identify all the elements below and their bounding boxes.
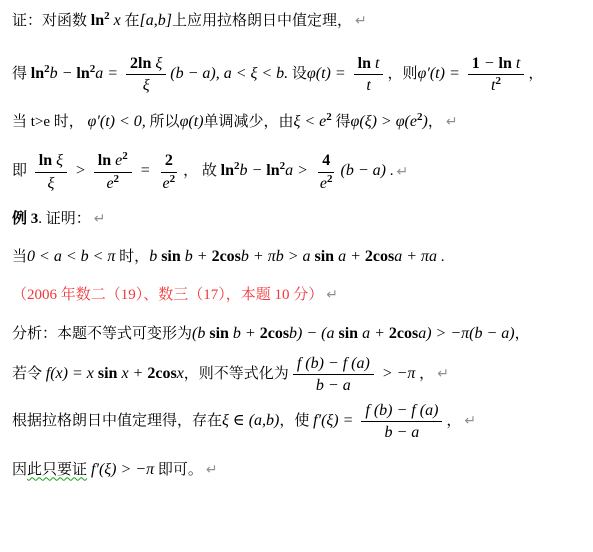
text-run: 时， (115, 249, 149, 265)
math-run: t (512, 55, 520, 72)
paragraph-mark-icon: ↵ (206, 462, 218, 478)
proof-step-2: 得 ln2b − ln2a = 2ln ξξ(b − a), a < ξ < b… (12, 54, 585, 95)
math-run: b − (239, 163, 266, 180)
paragraph-mark-icon: ↵ (464, 413, 476, 429)
math-function-run: ln (91, 12, 104, 29)
fraction-numerator: f (b) − f (a) (293, 354, 374, 375)
math-run: t (371, 55, 379, 72)
text-run: ， (415, 366, 434, 382)
text-run: ，则 (387, 66, 417, 82)
math-function-run: 4 (322, 152, 330, 169)
paragraph-mark-icon: ↵ (355, 13, 367, 29)
fraction-numerator: 2 (161, 151, 177, 172)
math-run: (b (192, 325, 205, 342)
paragraph-mark-icon: ↵ (396, 164, 408, 180)
fraction-denominator: ξ (43, 173, 58, 193)
exam-source-note: （2006 年数二（19）、数三（17），本题 10 分）↵ (12, 284, 585, 307)
math-function-run: 2ln (130, 55, 151, 72)
text-run: 若令 (12, 366, 46, 382)
math-function-run: ln (499, 55, 512, 72)
bold-text-run: 例 3 (12, 211, 38, 227)
example-3-heading: 例 3. 证明：↵ (12, 208, 585, 231)
math-run: > −π (378, 365, 416, 382)
text-run: 得 (332, 114, 351, 130)
text-run: 即 (12, 164, 31, 180)
math-run: b (149, 248, 157, 265)
analysis-step-1: 分析：本题不等式可变形为(b sin b + 2cosb) − (a sin a… (12, 322, 585, 346)
math-superscript: 2 (327, 173, 333, 185)
fraction-denominator: e2 (316, 173, 337, 193)
paragraph-mark-icon: ↵ (446, 114, 458, 130)
text-run: ， (528, 66, 543, 82)
math-run: (b − a), a < ξ < b. (170, 65, 288, 82)
fraction-numerator: 2ln ξ (126, 54, 166, 75)
math-run: b − (50, 65, 77, 82)
math-run: e (320, 175, 327, 192)
math-fraction: f (b) − f (a)b − a (293, 354, 374, 395)
math-function-run: sin (335, 325, 359, 342)
fraction-numerator: ln ξ (35, 151, 67, 172)
math-function-run: sin (94, 365, 118, 382)
math-superscript: 2 (114, 173, 120, 185)
proof-step-3: 当 t>e 时， φ′(t) < 0, 所以φ(t)单调减少，由ξ < e2 得… (12, 110, 585, 134)
math-run: b + (181, 248, 212, 265)
math-run: e (106, 175, 113, 192)
fraction-numerator: ln t (354, 54, 384, 75)
analysis-step-4: 因此只要证 f′(ξ) > −π 即可。↵ (12, 458, 585, 482)
math-run: φ(ξ) > φ(e (351, 113, 417, 130)
math-function-run: 2cos (260, 325, 289, 342)
fraction-denominator: ξ (139, 75, 154, 95)
math-run: f (b) − f (a) (297, 355, 370, 372)
text-run: . (386, 164, 394, 180)
math-superscript: 2 (496, 75, 502, 87)
fraction-denominator: e2 (102, 173, 123, 193)
math-run: > (71, 163, 90, 180)
math-run: e (111, 152, 122, 169)
math-run: b − a (384, 424, 419, 441)
math-function-run: sin (157, 248, 181, 265)
math-run: b + πb > a (241, 248, 311, 265)
text-run: ，则不等式化为 (184, 366, 289, 382)
text-run: 上应用拉格朗日中值定理， (172, 13, 352, 29)
math-run: f′(ξ) = (313, 412, 357, 429)
math-fraction: 2e2 (159, 151, 180, 192)
text-run: ，使 (279, 413, 313, 429)
paragraph-mark-icon: ↵ (94, 211, 106, 227)
math-function-run: 2 (165, 152, 173, 169)
text-run: 得 (12, 66, 31, 82)
math-run: a) > −π(b − a) (418, 325, 514, 342)
analysis-step-2: 若令 f(x) = x sin x + 2cosx，则不等式化为f (b) − … (12, 354, 585, 395)
math-function-run: ln (31, 65, 44, 82)
fraction-numerator: f (b) − f (a) (361, 401, 442, 422)
paragraph-mark-icon: ↵ (437, 366, 449, 382)
math-function-run: 2cos (147, 365, 176, 382)
text-run: 在 (121, 13, 140, 29)
math-run: ξ ∈ (a,b) (222, 412, 279, 429)
math-run: f (b) − f (a) (365, 402, 438, 419)
math-fraction: ln ξξ (35, 151, 67, 192)
math-run: b + (229, 325, 260, 342)
math-run: a + (334, 248, 365, 265)
proof-step-1: 证：对函数 ln2 x 在[a,b]上应用拉格朗日中值定理，↵ (12, 9, 585, 33)
fraction-denominator: t2 (487, 75, 505, 95)
text-run: 所以 (146, 114, 180, 130)
math-fraction: ln e2e2 (94, 151, 132, 192)
fraction-numerator: ln e2 (94, 151, 132, 172)
math-superscript: 2 (170, 173, 176, 185)
text-run: ， (515, 326, 530, 342)
math-run: a + (358, 325, 389, 342)
math-run: ξ (143, 77, 150, 94)
example-3-statement: 当0 < a < b < π 时，b sin b + 2cosb + πb > … (12, 245, 585, 269)
math-run: 0 < a < b < π (27, 248, 115, 265)
math-function-run: 2cos (365, 248, 394, 265)
math-fraction: 2ln ξξ (126, 54, 166, 95)
text-run: ， (428, 114, 443, 130)
math-run: t (366, 77, 370, 94)
math-function-run: ln (39, 152, 52, 169)
math-function-run: sin (311, 248, 335, 265)
math-function-run: sin (205, 325, 229, 342)
math-run: − (480, 55, 499, 72)
text-run: ， 故 (183, 164, 221, 180)
math-run: φ(t) (180, 113, 204, 130)
text-run: 当 t>e 时， (12, 114, 88, 130)
text-run: 即可。 (154, 462, 203, 478)
math-run: ξ (52, 152, 63, 169)
math-run: a = (95, 65, 122, 82)
math-run: a > (285, 163, 312, 180)
text-run: 根据拉格朗日中值定理得，存在 (12, 413, 222, 429)
math-function-run: 1 (472, 55, 480, 72)
proof-step-4: 即 ln ξξ > ln e2e2 = 2e2， 故 ln2b − ln2a >… (12, 151, 585, 192)
fraction-denominator: e2 (159, 173, 180, 193)
document-page: 证：对函数 ln2 x 在[a,b]上应用拉格朗日中值定理，↵得 ln2b − … (0, 0, 593, 552)
math-fraction: f (b) − f (a)b − a (361, 401, 442, 442)
math-run: f(x) = x (46, 365, 94, 382)
text-run: 分析：本题不等式可变形为 (12, 326, 192, 342)
math-run: = (136, 163, 155, 180)
text-run: 单调减少，由 (204, 114, 294, 130)
text-run: ， (446, 413, 461, 429)
math-run: ξ (47, 175, 54, 192)
math-function-run: ln (76, 65, 89, 82)
math-run: φ(t) = (307, 65, 350, 82)
math-run: a + πa (394, 248, 437, 265)
text-run: 因 (12, 462, 27, 478)
grammar-flagged-text: 此只要证 (27, 462, 87, 478)
math-run: φ′(t) = (417, 65, 463, 82)
highlight-text-run: （2006 年数二（19）、数三（17），本题 10 分） (12, 287, 323, 303)
math-superscript: 2 (122, 150, 128, 162)
math-run: e (163, 175, 170, 192)
math-fraction: 4e2 (316, 151, 337, 192)
math-fraction: ln tt (354, 54, 384, 95)
math-run: b − a (316, 377, 351, 394)
math-function-run: ln (221, 163, 234, 180)
math-run: x (110, 12, 121, 29)
math-run: φ′(t) < 0, (88, 113, 146, 130)
math-run: [a,b] (139, 12, 171, 29)
math-function-run: 2cos (389, 325, 418, 342)
math-run: (b − a) (341, 163, 386, 180)
text-run: . 证明： (38, 211, 91, 227)
math-run: x (177, 365, 184, 382)
math-function-run: 2cos (212, 248, 241, 265)
fraction-denominator: t (362, 75, 374, 95)
analysis-step-3: 根据拉格朗日中值定理得，存在ξ ∈ (a,b)，使 f′(ξ) = f (b) … (12, 401, 585, 442)
math-run: f′(ξ) > −π (87, 461, 154, 478)
math-function-run: ln (266, 163, 279, 180)
text-run: 证：对函数 (12, 13, 91, 29)
math-run: ξ < e (294, 113, 327, 130)
math-function-run: ln (98, 152, 111, 169)
math-run: x + (117, 365, 147, 382)
fraction-denominator: b − a (312, 375, 355, 395)
paragraph-mark-icon: ↵ (326, 287, 338, 303)
math-run: ξ (151, 55, 162, 72)
math-run: b) − (a (289, 325, 334, 342)
text-run: . (437, 249, 445, 265)
math-fraction: 1 − ln tt2 (468, 54, 525, 95)
fraction-numerator: 1 − ln t (468, 54, 525, 75)
text-run: 当 (12, 249, 27, 265)
text-run: 设 (288, 66, 307, 82)
fraction-numerator: 4 (318, 151, 334, 172)
fraction-denominator: b − a (380, 422, 423, 442)
math-function-run: ln (358, 55, 371, 72)
